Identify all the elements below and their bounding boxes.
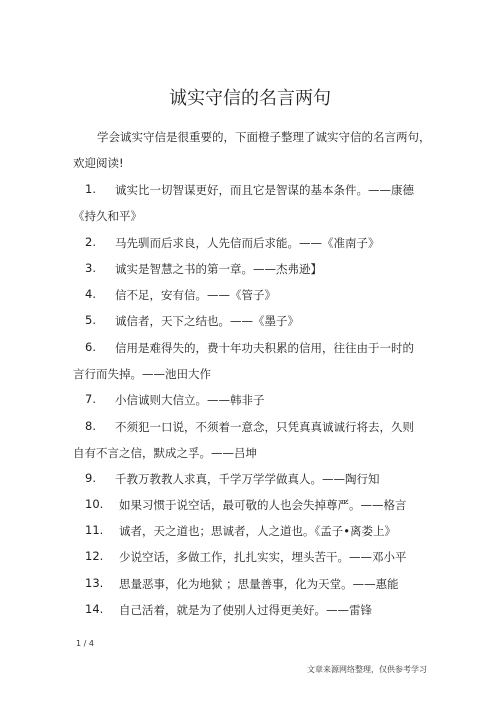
document-title: 诚实守信的名言两句 (0, 84, 500, 110)
quote-text: 诚信者，天下之结也。——《墨子》 (115, 313, 299, 329)
quote-text: 不须犯一口说，不须着一意念，只凭真真诚诚行将去，久则 (115, 419, 414, 435)
quote-number: 2. (85, 235, 96, 249)
quote-continuation: 言行而失掉。——池田大作 (73, 366, 211, 382)
quote-text: 思量恶事，化为地狱 ；思量善事，化为天堂。——惠能 (119, 576, 399, 592)
quote-text: 诚实是智慧之书的第一章。——杰弗逊】 (115, 261, 322, 277)
page-number: 1 / 4 (76, 639, 94, 648)
quote-number: 1. (85, 182, 96, 196)
quote-text: 如果习惯于说空话，最可敬的人也会失掉尊严。——格言 (119, 497, 407, 513)
intro-line-1: 学会诚实守信是很重要的，下面橙子整理了诚实守信的名言两句， (97, 129, 431, 145)
quote-number: 14. (85, 602, 103, 616)
quote-continuation: 自有不言之信，默成之孚。——吕坤 (73, 445, 257, 461)
quote-number: 3. (85, 261, 96, 275)
intro-line-2: 欢迎阅读! (73, 155, 124, 171)
quote-continuation: 《持久和平》 (73, 208, 142, 224)
quote-number: 4. (85, 287, 96, 301)
quote-number: 13. (85, 576, 103, 590)
quote-text: 千教万教教人求真，千学万学学做真人。——陶行知 (115, 471, 380, 487)
quote-text: 信用是难得失的，费十年功夫积累的信用，往往由于一时的 (115, 340, 414, 356)
quote-number: 8. (85, 419, 96, 433)
quote-number: 11. (85, 523, 103, 537)
quote-text: 少说空话，多做工作，扎扎实实，埋头苦干。——邓小平 (119, 549, 407, 565)
quote-text: 诚者，天之道也；思诚者，人之道也。《孟子•离娄上》 (119, 523, 396, 539)
quote-text: 马先驯而后求良，人先信而后求能。——《准南子》 (115, 235, 380, 251)
quote-text: 信不足，安有信。——《管子》 (115, 287, 276, 303)
quote-text: 诚实比一切智谋更好，而且它是智谋的基本条件。——康德 (115, 182, 414, 198)
quote-number: 7. (85, 392, 96, 406)
quote-number: 6. (85, 340, 96, 354)
quote-number: 9. (85, 471, 96, 485)
quote-number: 5. (85, 313, 96, 327)
quote-text: 自己活着，就是为了使别人过得更美好。——雷锋 (119, 602, 372, 618)
quote-number: 12. (85, 549, 103, 563)
quote-text: 小信诚则大信立。——韩非子 (115, 392, 265, 408)
document-page: 诚实守信的名言两句 学会诚实守信是很重要的，下面橙子整理了诚实守信的名言两句， … (0, 0, 500, 708)
footer-note: 文章来源网络整理，仅供参考学习 (307, 664, 427, 675)
quote-number: 10. (85, 497, 103, 511)
